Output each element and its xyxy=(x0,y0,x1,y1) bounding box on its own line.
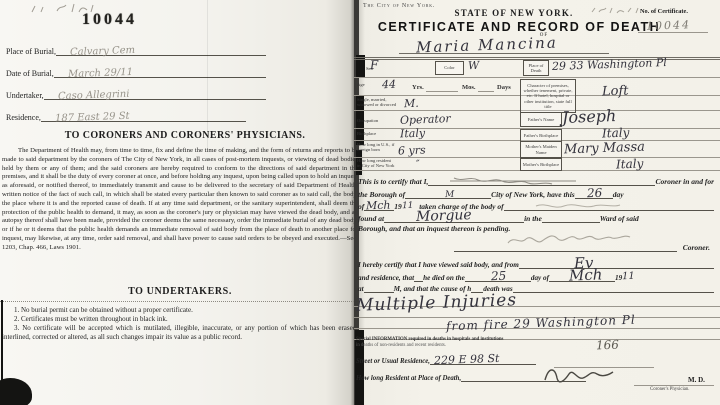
father-name-label: Father's Name xyxy=(528,117,554,122)
age-yrs-label: Yrs. xyxy=(412,84,424,91)
coroners-heading: TO CORONERS AND CORONERS' PHYSICIANS. xyxy=(0,130,370,141)
md-label: M. D. xyxy=(688,376,705,384)
age-yrs-line xyxy=(426,91,458,92)
certificate-no-label: No. of Certificate. xyxy=(640,8,688,15)
field-line: March 29/11 xyxy=(54,66,266,78)
coroner-cert-line-2: the Borough of M City of New York, have … xyxy=(358,189,714,199)
father-birthplace-label: Father's Birthplace xyxy=(524,133,559,138)
faint-pencil-scribble xyxy=(534,201,624,209)
field-label: Undertaker, xyxy=(6,91,44,100)
marital-value: M. xyxy=(404,97,419,111)
page-crease xyxy=(207,0,208,150)
coroner-cert-line-3: of Mch 19 11 taken charge of the body of xyxy=(358,201,714,211)
physician-signoff: Coroner's Physician. xyxy=(650,387,690,392)
birthplace-value: Italy xyxy=(400,127,426,141)
birthplace-label: Birthplace xyxy=(357,131,376,136)
coroners-body: The Department of Health may, from time … xyxy=(2,147,358,253)
residence-value: 229 E 98 St xyxy=(434,352,500,367)
field-label: Date of Burial, xyxy=(6,69,54,78)
printed-text: day xyxy=(613,190,624,199)
special-note-line-2: in deaths of non-residents and recent re… xyxy=(356,343,446,348)
color-label-box: Color xyxy=(435,61,464,75)
mother-birthplace-label: Mother's Birthplace xyxy=(523,162,559,167)
age-label: Age xyxy=(357,82,365,87)
case-number: 166 xyxy=(596,338,619,353)
certificate-front-page: The City of New York. STATE OF NEW YORK.… xyxy=(354,0,720,405)
mother-maiden-label-box: Mother's Maiden Name xyxy=(520,141,562,158)
color-label: Color xyxy=(444,65,454,70)
cause-of-death-line-1: Multiple Injuries xyxy=(356,290,518,316)
residence-line: 229 E 98 St xyxy=(430,355,536,365)
age-mos-label: Mos. xyxy=(462,84,476,91)
occupation-label: Occupation xyxy=(357,118,378,123)
year-value: 11 xyxy=(402,201,414,211)
place-of-death-label-box: Place of Death xyxy=(523,60,549,76)
burial-field-row: Residence, 187 East 29 St xyxy=(6,110,246,122)
mother-birthplace-label-box: Mother's Birthplace xyxy=(520,158,562,171)
printed-text: City of New York, have this xyxy=(491,190,575,199)
field-value: March 29/11 xyxy=(68,67,133,80)
ink-smudge xyxy=(0,378,32,405)
coroner-cert-line-5: Borough, and that an inquest thereon is … xyxy=(358,224,510,233)
printed-text: found at xyxy=(358,214,384,223)
physician-cert-line-2: and residence, that he died on the 25 da… xyxy=(358,271,714,282)
hour-line xyxy=(364,283,394,293)
coroner-signature-line xyxy=(454,242,677,252)
mother-maiden-label: Mother's Maiden Name xyxy=(521,144,561,154)
scanned-death-certificate: 10044 Place of Burial, Calvary Cem Date … xyxy=(0,0,720,405)
field-value: Calvary Cem xyxy=(70,45,135,58)
borough-line: M xyxy=(405,189,491,199)
ward-line xyxy=(542,213,600,223)
physician-cert-line-3: at M, and that the cause of h death was xyxy=(358,283,714,293)
field-line: Caso Allegrini xyxy=(44,88,266,100)
place-of-death-value: 29 33 Washington Pl xyxy=(552,56,667,73)
field-value: 187 East 29 St xyxy=(55,111,130,125)
father-name-label-box: Father's Name xyxy=(520,112,562,127)
sex-value: F xyxy=(370,58,379,72)
printed-text: 19 xyxy=(394,202,402,211)
how-long-nyc-label: How long resident in City of New York xyxy=(357,158,395,168)
death-month-line: Mch xyxy=(549,272,615,282)
printed-text: and residence, that xyxy=(358,274,414,282)
printed-text: day of xyxy=(531,274,549,282)
mother-birthplace-value: Italy xyxy=(616,157,644,172)
found-at-value: Morgue xyxy=(416,207,472,225)
special-note-line-1: Special INFORMATION required in deaths i… xyxy=(356,337,503,342)
how-long-nyc-value: ″ xyxy=(416,159,420,170)
physician-cert-line-1: I hereby certify that I have viewed said… xyxy=(358,259,714,269)
death-day-line: 25 xyxy=(465,272,531,282)
printed-text: Ward of said xyxy=(600,214,639,223)
undertakers-item: 2. Certificates must be written througho… xyxy=(14,315,359,323)
occupation-value: Operator xyxy=(400,112,451,127)
undertakers-item: 3. No certificate will be accepted which… xyxy=(2,324,358,342)
cause-line-start xyxy=(513,283,714,293)
coroner-name-line xyxy=(428,176,655,186)
father-birthplace-value: Italy xyxy=(602,126,630,141)
duration-label: How long Resident at Place of Death, xyxy=(356,375,461,382)
field-label: Place of Burial, xyxy=(6,47,56,56)
age-mos-line xyxy=(478,91,494,92)
coroner-cert-line-1: This is to certify that I, Coroner in an… xyxy=(358,176,714,186)
certificate-title: CERTIFICATE AND RECORD OF DEATH xyxy=(354,20,684,34)
struck-name-scribble xyxy=(448,175,578,185)
color-value: W xyxy=(468,59,480,72)
undertakers-item: 1. No burial permit can be obtained with… xyxy=(14,306,359,314)
premises-label: Character of premises, whether tenement,… xyxy=(522,83,574,109)
residence-row: Street or Usual Residence, 229 E 98 St xyxy=(356,355,536,365)
residence-label: Street or Usual Residence, xyxy=(356,358,430,365)
certificate-no-line xyxy=(638,32,708,33)
mother-maiden-value: Mary Massa xyxy=(564,140,645,158)
physician-signature-line xyxy=(634,385,714,386)
evidence-line: Ev xyxy=(519,259,714,269)
she-blank xyxy=(414,272,423,282)
burial-field-row: Undertaker, Caso Allegrini xyxy=(6,88,266,100)
how-long-us-label: How long in U.S., if foreign born xyxy=(357,142,395,152)
premises-value: Loft xyxy=(602,84,629,100)
borough-value: M xyxy=(445,190,455,200)
coroner-cert-line-4: found at Morgue in the Ward of said xyxy=(358,213,714,223)
day-value: 26 xyxy=(586,186,602,201)
age-days-label: Days xyxy=(497,84,511,91)
field-line: Calvary Cem xyxy=(56,44,266,56)
physician-signature-scribble xyxy=(539,362,619,386)
body-of-line xyxy=(504,201,714,211)
field-label: Residence, xyxy=(6,113,41,122)
printed-text: in the xyxy=(524,214,542,223)
field-line: 187 East 29 St xyxy=(41,110,246,122)
stamp-number: 10044 xyxy=(82,11,137,29)
divider xyxy=(0,301,354,302)
certificate-back-page: 10044 Place of Burial, Calvary Cem Date … xyxy=(0,0,354,405)
month-value: Mch xyxy=(366,199,391,213)
undertakers-heading: TO UNDERTAKERS. xyxy=(0,286,360,297)
printed-text: he died on the xyxy=(423,274,465,282)
burial-field-row: Date of Burial, March 29/11 xyxy=(6,66,266,78)
printed-text: the Borough of xyxy=(358,190,405,199)
printed-text: I hereby certify that I have viewed said… xyxy=(358,261,519,269)
day-line: 26 xyxy=(575,189,613,199)
age-value: 44 xyxy=(382,78,396,91)
edge-mark xyxy=(1,300,3,380)
marital-label: Single, married, widowed or divorced xyxy=(357,97,399,107)
state-header: STATE OF NEW YORK. xyxy=(354,8,674,18)
death-year-value: 11 xyxy=(622,271,635,282)
death-day-value: 25 xyxy=(491,269,507,284)
name-underline xyxy=(399,53,609,54)
month-line: Mch xyxy=(364,201,394,211)
found-at-line: Morgue xyxy=(384,213,524,223)
grid-line xyxy=(354,77,720,78)
certificate-no-value: 10044 xyxy=(646,18,691,33)
printed-text: Coroner in and for xyxy=(655,177,714,186)
coroner-signoff: Coroner. xyxy=(683,243,710,252)
coroner-signature-row: Coroner. xyxy=(454,242,710,252)
printed-text: This is to certify that I, xyxy=(358,177,428,186)
how-long-us-value: 6 yrs xyxy=(398,144,426,158)
place-of-death-label: Place of Death xyxy=(524,63,548,73)
death-month-value: Mch xyxy=(569,265,603,284)
burial-field-row: Place of Burial, Calvary Cem xyxy=(6,44,266,56)
cause-of-death-line-2: from fire 29 Washington Pl xyxy=(446,313,636,334)
field-value: Caso Allegrini xyxy=(58,89,130,102)
father-name-value: Joseph xyxy=(562,106,617,127)
